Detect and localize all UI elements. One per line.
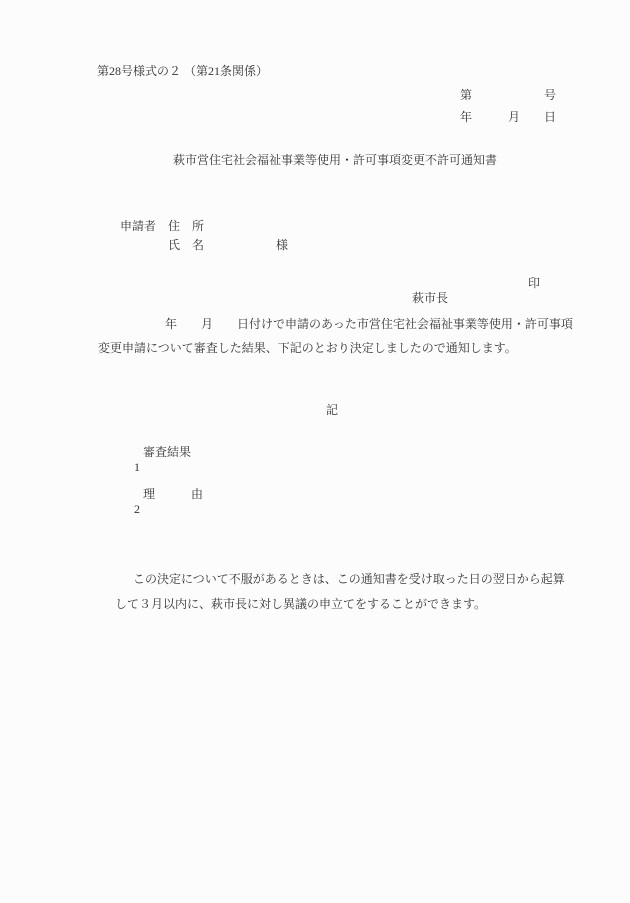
notice-document-page: 第28号様式の２ （第21条関係） 第 号 年 月 日 萩市営住宅社会福祉事業等… xyxy=(0,0,630,903)
item-label: 理 由 xyxy=(143,487,203,502)
item-label: 審査結果 xyxy=(143,445,191,460)
document-title: 萩市営住宅社会福祉事業等使用・許可事項変更不許可通知書 xyxy=(173,153,497,168)
seal-mark: 印 xyxy=(528,276,540,291)
record-marker: 記 xyxy=(326,403,338,418)
form-number: 第28号様式の２ （第21条関係） xyxy=(97,64,268,79)
list-item-2: 2 理 由 xyxy=(122,487,140,547)
applicant-address-line: 申請者 住 所 xyxy=(120,219,204,234)
item-number: 1 xyxy=(134,460,140,474)
item-number: 2 xyxy=(134,502,140,516)
appeal-note-line-2: して３月以内に、萩市長に対し異議の申立てをすることができます。 xyxy=(115,597,486,612)
body-paragraph-line-2: 変更申請について審査した結果、下記のとおり決定しましたので通知します。 xyxy=(98,341,517,356)
appeal-note-line-1: この決定について不服があるときは、この通知書を受け取った日の翌日から起算 xyxy=(133,572,565,587)
applicant-name-line: 氏 名 様 xyxy=(168,238,288,253)
issuer-name: 萩市長 xyxy=(412,291,448,305)
document-number-line: 第 号 xyxy=(460,88,556,103)
body-paragraph-line-1: 年 月 日付けで申請のあった市営住宅社会福祉事業等使用・許可事項 xyxy=(165,317,573,332)
document-date-line: 年 月 日 xyxy=(460,110,556,125)
